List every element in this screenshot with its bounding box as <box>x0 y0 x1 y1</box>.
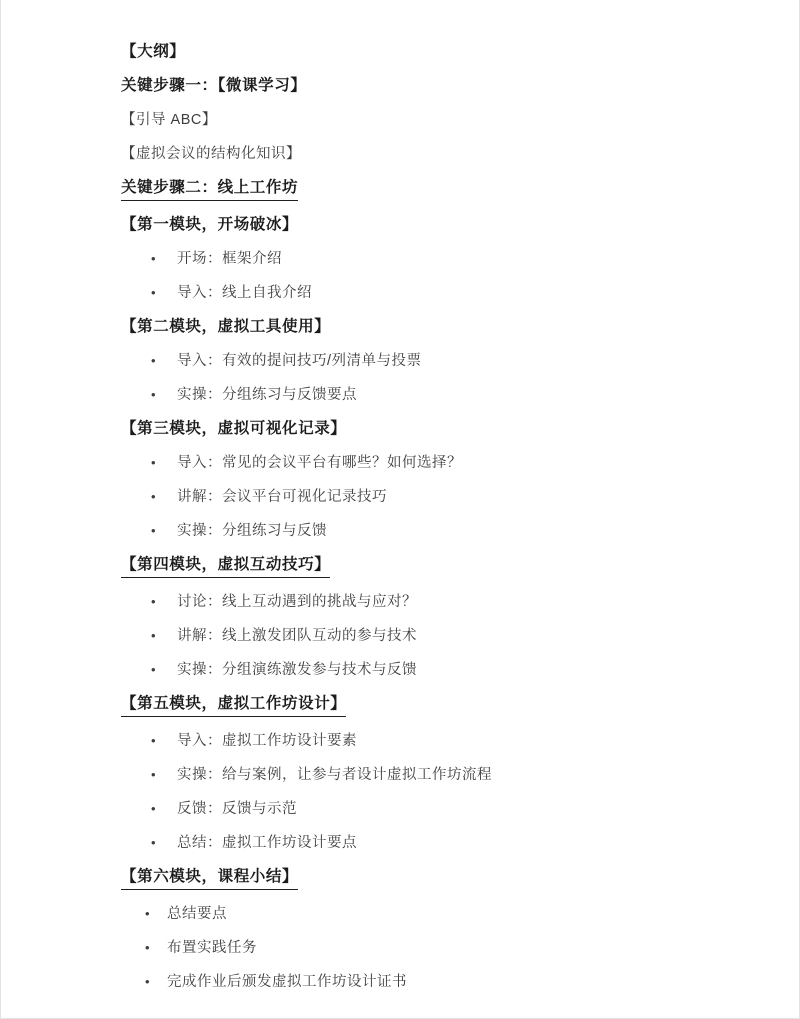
bullet-item: •讲解：会议平台可视化记录技巧 <box>121 487 743 507</box>
bullet-item: •总结：虚拟工作坊设计要点 <box>121 833 743 853</box>
bullet-text: 开场：框架介绍 <box>177 249 282 269</box>
bullet-text: 总结：虚拟工作坊设计要点 <box>177 833 357 853</box>
bullet-icon: • <box>151 249 177 269</box>
block-text: 关键步骤二：线上工作坊 <box>121 178 298 201</box>
bullet-item: •实操：分组演练激发参与技术与反馈 <box>121 660 743 680</box>
bullet-text: 讲解：会议平台可视化记录技巧 <box>177 487 387 507</box>
outline-heading: 【第五模块，虚拟工作坊设计】 <box>121 694 743 717</box>
bullet-text: 反馈：反馈与示范 <box>177 799 297 819</box>
bullet-icon: • <box>151 487 177 507</box>
outline-heading: 关键步骤一：【微课学习】 <box>121 76 743 96</box>
document-page: 【大纲】关键步骤一：【微课学习】【引导 ABC】【虚拟会议的结构化知识】关键步骤… <box>0 0 800 1019</box>
bullet-text: 布置实践任务 <box>167 938 257 958</box>
block-text: 【第三模块，虚拟可视化记录】 <box>121 420 346 437</box>
bullet-item: •总结要点 <box>121 904 743 924</box>
outline-heading: 【第三模块，虚拟可视化记录】 <box>121 419 743 439</box>
bullet-icon: • <box>151 799 177 819</box>
bullet-item: •讲解：线上激发团队互动的参与技术 <box>121 626 743 646</box>
bullet-icon: • <box>151 731 177 751</box>
bullet-icon: • <box>151 385 177 405</box>
block-text: 【引导 ABC】 <box>121 112 217 128</box>
bullet-item: •反馈：反馈与示范 <box>121 799 743 819</box>
bullet-text: 总结要点 <box>167 904 227 924</box>
block-text: 【第一模块，开场破冰】 <box>121 216 298 233</box>
bullet-item: •开场：框架介绍 <box>121 249 743 269</box>
bullet-icon: • <box>151 351 177 371</box>
bullet-item: •讨论：线上互动遇到的挑战与应对？ <box>121 592 743 612</box>
bullet-icon: • <box>151 283 177 303</box>
outline-heading: 关键步骤二：线上工作坊 <box>121 178 743 201</box>
bullet-item: •导入：线上自我介绍 <box>121 283 743 303</box>
outline-heading: 【第二模块，虚拟工具使用】 <box>121 317 743 337</box>
block-text: 【虚拟会议的结构化知识】 <box>121 146 301 162</box>
bullet-icon: • <box>151 592 177 612</box>
bullet-icon: • <box>145 938 167 958</box>
bullet-text: 实操：分组练习与反馈要点 <box>177 385 357 405</box>
bullet-item: •实操：分组练习与反馈要点 <box>121 385 743 405</box>
block-text: 【大纲】 <box>121 43 185 60</box>
outline-heading: 【第四模块，虚拟互动技巧】 <box>121 555 743 578</box>
outline-heading: 【第一模块，开场破冰】 <box>121 215 743 235</box>
bullet-text: 导入：线上自我介绍 <box>177 283 312 303</box>
block-text: 【第二模块，虚拟工具使用】 <box>121 318 330 335</box>
bullet-item: •导入：有效的提问技巧/列清单与投票 <box>121 351 743 371</box>
bullet-icon: • <box>151 660 177 680</box>
bullet-item: •实操：给与案例，让参与者设计虚拟工作坊流程 <box>121 765 743 785</box>
bullet-text: 导入：常见的会议平台有哪些？如何选择？ <box>177 453 462 473</box>
block-text: 【第六模块，课程小结】 <box>121 867 298 890</box>
bullet-text: 导入：虚拟工作坊设计要素 <box>177 731 357 751</box>
bullet-item: •导入：常见的会议平台有哪些？如何选择？ <box>121 453 743 473</box>
bullet-icon: • <box>151 626 177 646</box>
bullet-item: •导入：虚拟工作坊设计要素 <box>121 731 743 751</box>
bullet-item: •布置实践任务 <box>121 938 743 958</box>
bullet-icon: • <box>145 904 167 924</box>
outline-paragraph: 【引导 ABC】 <box>121 110 743 130</box>
bullet-text: 导入：有效的提问技巧/列清单与投票 <box>177 351 422 371</box>
outline-heading: 【第六模块，课程小结】 <box>121 867 743 890</box>
block-text: 【第五模块，虚拟工作坊设计】 <box>121 694 346 717</box>
bullet-icon: • <box>151 765 177 785</box>
outline-heading: 【大纲】 <box>121 42 743 62</box>
bullet-icon: • <box>151 833 177 853</box>
bullet-icon: • <box>145 972 167 992</box>
outline-paragraph: 【虚拟会议的结构化知识】 <box>121 144 743 164</box>
block-text: 关键步骤一：【微课学习】 <box>121 77 306 94</box>
bullet-text: 讲解：线上激发团队互动的参与技术 <box>177 626 417 646</box>
bullet-item: •实操：分组练习与反馈 <box>121 521 743 541</box>
bullet-text: 实操：给与案例，让参与者设计虚拟工作坊流程 <box>177 765 492 785</box>
bullet-item: •完成作业后颁发虚拟工作坊设计证书 <box>121 972 743 992</box>
bullet-text: 完成作业后颁发虚拟工作坊设计证书 <box>167 972 407 992</box>
bullet-icon: • <box>151 521 177 541</box>
bullet-text: 讨论：线上互动遇到的挑战与应对？ <box>177 592 417 612</box>
bullet-text: 实操：分组演练激发参与技术与反馈 <box>177 660 417 680</box>
bullet-icon: • <box>151 453 177 473</box>
bullet-text: 实操：分组练习与反馈 <box>177 521 327 541</box>
block-text: 【第四模块，虚拟互动技巧】 <box>121 555 330 578</box>
